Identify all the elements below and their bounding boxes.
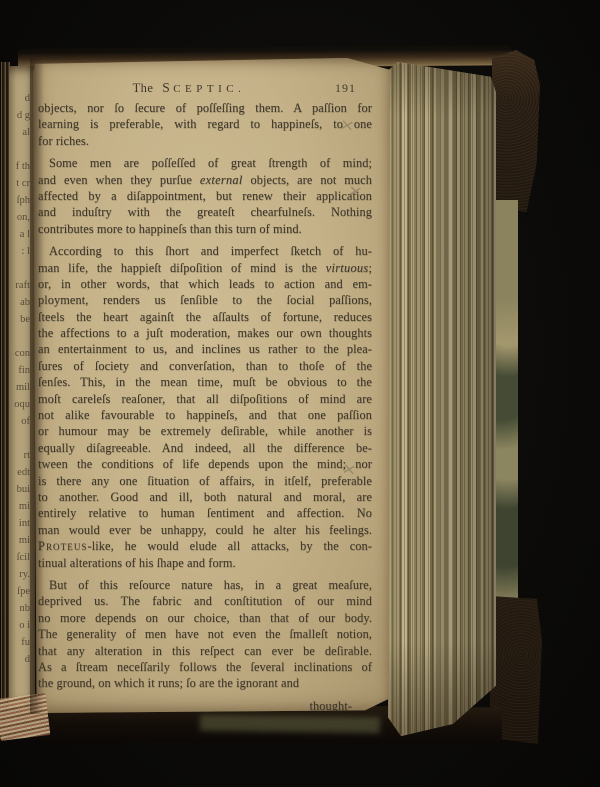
edge-text-fragment: int [9, 515, 30, 532]
text-line: contributes more to happineſs than this … [38, 221, 372, 237]
edge-text-fragment: a l [9, 226, 30, 243]
text-line: to another. Good and ill, both natural a… [38, 489, 372, 505]
paragraph: objects, nor ſo ſecure of poſſeſſing the… [38, 100, 372, 149]
text-line: the affections to a juſt moderation, mak… [38, 325, 372, 341]
text-line: ſteels the heart againſt the aſſaults of… [38, 309, 372, 325]
edge-text-fragment: fu [9, 634, 30, 651]
edge-text-fragment: oqu [9, 396, 30, 413]
text-line: As a ſtream neceſſarily follows the ſeve… [38, 659, 372, 675]
paragraph: According to this ſhort and imperfect ſk… [38, 243, 372, 571]
edge-text-fragment: f th [9, 158, 30, 175]
text-line: moſt careleſs reaſoner, that all diſpoſi… [38, 391, 372, 407]
text-line: ployment, renders us ſenſible to the ſoc… [38, 292, 372, 308]
text-line: is there any one ſituation of affairs, i… [38, 473, 372, 489]
edge-text-fragment: al [9, 124, 30, 141]
page-number: 191 [335, 81, 356, 96]
leather-cover-top-corner [492, 50, 540, 212]
edge-text-fragment: raft [9, 277, 30, 294]
edge-text-fragment: nb [9, 600, 30, 617]
edge-text-fragment [9, 260, 30, 277]
photograph-background: dd galf tht crſphon,a l: lraftabbeconfin… [0, 0, 600, 787]
edge-text-fragment: : l [9, 243, 30, 260]
edge-text-fragment: edt [9, 464, 30, 481]
edge-text-fragment: t cr [9, 175, 30, 192]
edge-text-fragment: bui [9, 481, 30, 498]
text-line: and induſtry with the greateſt chearfuln… [38, 204, 372, 220]
edge-text-fragment [9, 668, 30, 685]
text-line: not alike favourable to happineſs, and t… [38, 407, 372, 423]
text-line: The generality of men have not even the … [38, 626, 372, 642]
text-line: deprived us. The fabric and conſtitution… [38, 593, 372, 609]
page-header: TheSCEPTIC. 191 [38, 80, 372, 98]
text-line: Proteus-like, he would elude all attacks… [38, 538, 372, 554]
edge-text-fragment [9, 328, 30, 345]
text-line: But of this reſource nature has, in a gr… [38, 577, 372, 593]
text-line: an entertainment to us, and inclines us … [38, 341, 372, 357]
text-line: According to this ſhort and imperfect ſk… [38, 243, 372, 259]
edge-text-fragment [9, 430, 30, 447]
edge-text-fragment: of [9, 413, 30, 430]
text-line: and even when they purſue external objec… [38, 172, 372, 188]
edge-text-fragment: d g [9, 107, 30, 124]
edge-text-fragment: d [9, 90, 30, 107]
edge-text-fragment: mi [9, 498, 30, 515]
edge-text-fragment: be [9, 311, 30, 328]
pencil-x-mark: × [346, 181, 364, 201]
gutter-shadow [30, 58, 44, 714]
edge-text-fragment: rt [9, 447, 30, 464]
text-line: affected by a diſappointment, but renew … [38, 188, 372, 204]
text-line: that any alteration in this reſpect can … [38, 643, 372, 659]
edge-text-fragment: mi [9, 532, 30, 549]
running-title-caps: CEPTIC. [173, 83, 245, 95]
edge-text-fragment: ſcil [9, 549, 30, 566]
edge-text-fragment: ab [9, 294, 30, 311]
marbled-edge-glimpse [200, 715, 380, 734]
paragraph: Some men are poſſeſſed of great ſtrength… [38, 155, 372, 237]
edge-text-fragment [9, 141, 30, 158]
edge-text-fragment: con [9, 345, 30, 362]
text-line: Some men are poſſeſſed of great ſtrength… [38, 155, 372, 171]
fore-edge-page-block [388, 62, 496, 736]
edge-text-fragment: ſpe [9, 583, 30, 600]
running-title-prefix: The [133, 81, 154, 95]
text-line: or, in other words, that which leads to … [38, 276, 372, 292]
text-line: man would ever be unhappy, could he alte… [38, 522, 372, 538]
running-title: TheSCEPTIC. [22, 80, 356, 96]
text-line: for riches. [38, 133, 372, 149]
paragraph: But of this reſource nature has, in a gr… [38, 577, 372, 692]
edge-text-fragment: fin [9, 362, 30, 379]
edge-text-fragment: mil [9, 379, 30, 396]
text-line: or humour may be extremely deſirable, wh… [38, 423, 372, 439]
text-line: man life, the happieſt diſpoſition of mi… [38, 260, 372, 276]
text-line: no more depends on our choice, than that… [38, 610, 372, 626]
text-line: learning is preferable, with regard to h… [38, 116, 372, 132]
running-title-initial: S [162, 80, 170, 95]
text-line: equally diſagreeable. And indeed, all th… [38, 440, 372, 456]
text-line: tween the conditions of life depends upo… [38, 456, 372, 472]
pencil-x-mark: × [338, 115, 356, 135]
edge-text-fragment: ry. [9, 566, 30, 583]
book-page: TheSCEPTIC. 191 objects, nor ſo ſecure o… [33, 58, 390, 713]
edge-text-fragment: ſph [9, 192, 30, 209]
text-line: the ground, on which it runs; ſo are the… [38, 675, 372, 691]
text-line: ſenſes. This, in the mean time, muſt be … [38, 374, 372, 390]
text-line: ſures of ſociety and converſation, than … [38, 358, 372, 374]
pencil-x-mark: × [340, 459, 358, 479]
text-line: tinual alterations of his ſhape and form… [38, 555, 372, 571]
edge-text-fragment: o i [9, 617, 30, 634]
edge-text-fragment: d [9, 651, 30, 668]
text-line: entirely relative to human ſentiment and… [38, 505, 372, 521]
text-line: objects, nor ſo ſecure of poſſeſſing the… [38, 100, 372, 116]
page-body-text: objects, nor ſo ſecure of poſſeſſing the… [38, 100, 372, 714]
edge-text-fragment: on, [9, 209, 30, 226]
